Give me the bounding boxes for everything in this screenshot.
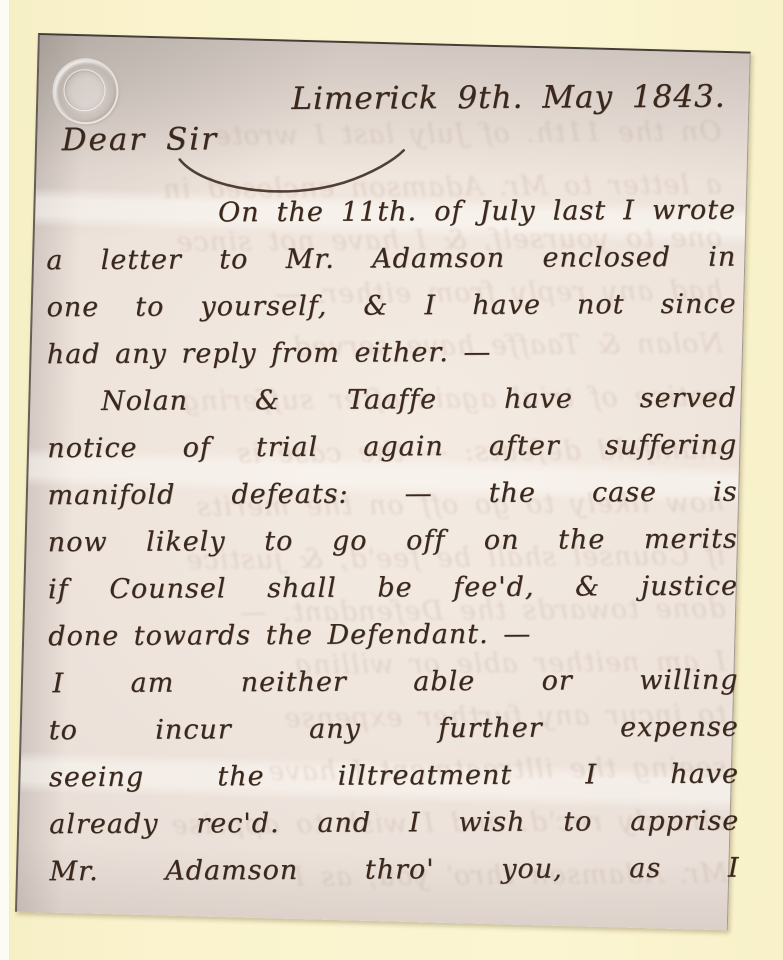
letter-paper: On the 11th. of July last I wrotea lette… — [15, 33, 751, 930]
letter-line: already rec'd. and I wish to apprise — [49, 798, 739, 849]
letter-line: now likely to go off on the merits — [48, 516, 738, 567]
letter-paragraph: Nolan & Taaffe have servednotice of tria… — [47, 375, 738, 661]
scan-edge-strip — [0, 0, 10, 960]
salutation-row: Dear Sir — [46, 117, 736, 177]
letter-line: to incur any further expense — [49, 704, 739, 755]
letter-line: a letter to Mr. Adamson enclosed in — [46, 234, 736, 285]
letter-line: notice of trial again after suffering — [47, 422, 737, 473]
place-date-line: Limerick 9th. May 1843. — [291, 77, 715, 119]
letter-line: I am neither able or willing — [48, 657, 738, 708]
salutation-flourish-icon — [174, 144, 410, 201]
letter-paragraph: On the 11th. of July last I wrotea lette… — [46, 187, 737, 379]
letter-line: Nolan & Taaffe have served — [47, 375, 737, 426]
letter-paragraphs: On the 11th. of July last I wrotea lette… — [46, 187, 740, 896]
letter-body: Limerick 9th. May 1843. Dear Sir On the … — [37, 33, 752, 914]
letter-line: if Counsel shall be fee'd, & justice — [48, 563, 738, 614]
letter-line: done towards the Defendant. — — [48, 610, 738, 661]
letter-line: seeing the illtreatment I have — [49, 751, 739, 802]
letter-line: one to yourself, & I have not since — [46, 281, 736, 332]
letter-paragraph: I am neither able or willingto incur any… — [48, 657, 739, 896]
scanned-letter: On the 11th. of July last I wrotea lette… — [0, 0, 783, 960]
letter-line: had any reply from either. — — [47, 328, 737, 379]
letter-line: Mr. Adamson thro' you, as I — [49, 845, 739, 896]
letter-line: manifold defeats: — the case is — [47, 469, 737, 520]
